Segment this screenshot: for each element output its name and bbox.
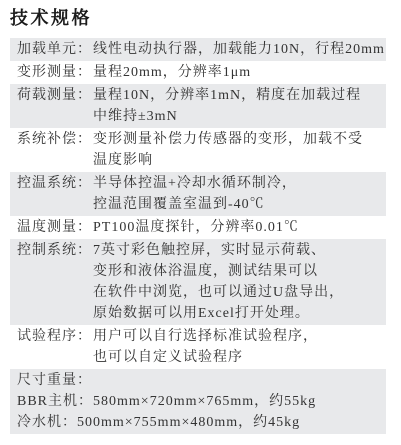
spec-label: 荷载测量：: [17, 85, 93, 106]
spec-label: 加载单元：: [17, 39, 93, 60]
spec-content: 量程20mm，分辨率1μm: [93, 62, 386, 83]
spec-row: 变形测量： 量程20mm，分辨率1μm: [10, 61, 386, 84]
spec-content: 7英寸彩色触控屏，实时显示荷载、 变形和液体浴温度，测试结果可以 在软件中浏览，…: [93, 240, 386, 324]
spec-row: 温度测量： PT100温度探针，分辨率0.01℃: [10, 216, 386, 239]
spec-row: 荷载测量： 量程10N，分辨率1mN，精度在加载过程 中维持±3mN: [10, 84, 386, 128]
spec-label: 系统补偿：: [17, 129, 93, 150]
spec-sheet: 技术规格 加载单元： 线性电动执行器，加载能力10N，行程20mm 变形测量： …: [0, 0, 401, 445]
spec-label: 温度测量：: [17, 217, 93, 238]
spec-row: 加载单元： 线性电动执行器，加载能力10N，行程20mm: [10, 38, 386, 61]
spec-content: 尺寸重量： BBR主机：580mm×720mm×765mm，约55kg 冷水机：…: [17, 370, 386, 433]
spec-content: 半导体控温+冷却水循环制冷， 控温范围覆盖室温到-40℃: [93, 173, 386, 215]
spec-content: 用户可以自行选择标准试验程序， 也可以自定义试验程序: [93, 326, 386, 368]
spec-content: PT100温度探针，分辨率0.01℃: [93, 217, 386, 238]
spec-label: 变形测量：: [17, 62, 93, 83]
spec-content: 变形测量补偿力传感器的变形，加载不受 温度影响: [93, 129, 386, 171]
spec-row: 系统补偿： 变形测量补偿力传感器的变形，加载不受 温度影响: [10, 128, 386, 172]
spec-content: 线性电动执行器，加载能力10N，行程20mm: [93, 39, 386, 60]
spec-content: 量程10N，分辨率1mN，精度在加载过程 中维持±3mN: [93, 85, 386, 127]
spec-row: 控制系统： 7英寸彩色触控屏，实时显示荷载、 变形和液体浴温度，测试结果可以 在…: [10, 239, 386, 325]
spec-row: 控温系统： 半导体控温+冷却水循环制冷， 控温范围覆盖室温到-40℃: [10, 172, 386, 216]
spec-row: 尺寸重量： BBR主机：580mm×720mm×765mm，约55kg 冷水机：…: [10, 369, 386, 434]
spec-row: 试验程序： 用户可以自行选择标准试验程序， 也可以自定义试验程序: [10, 325, 386, 369]
spec-label: 试验程序：: [17, 326, 93, 347]
spec-label: 控温系统：: [17, 173, 93, 194]
spec-table: 加载单元： 线性电动执行器，加载能力10N，行程20mm 变形测量： 量程20m…: [10, 38, 386, 434]
page-title: 技术规格: [10, 8, 386, 29]
spec-label: 控制系统：: [17, 240, 93, 261]
